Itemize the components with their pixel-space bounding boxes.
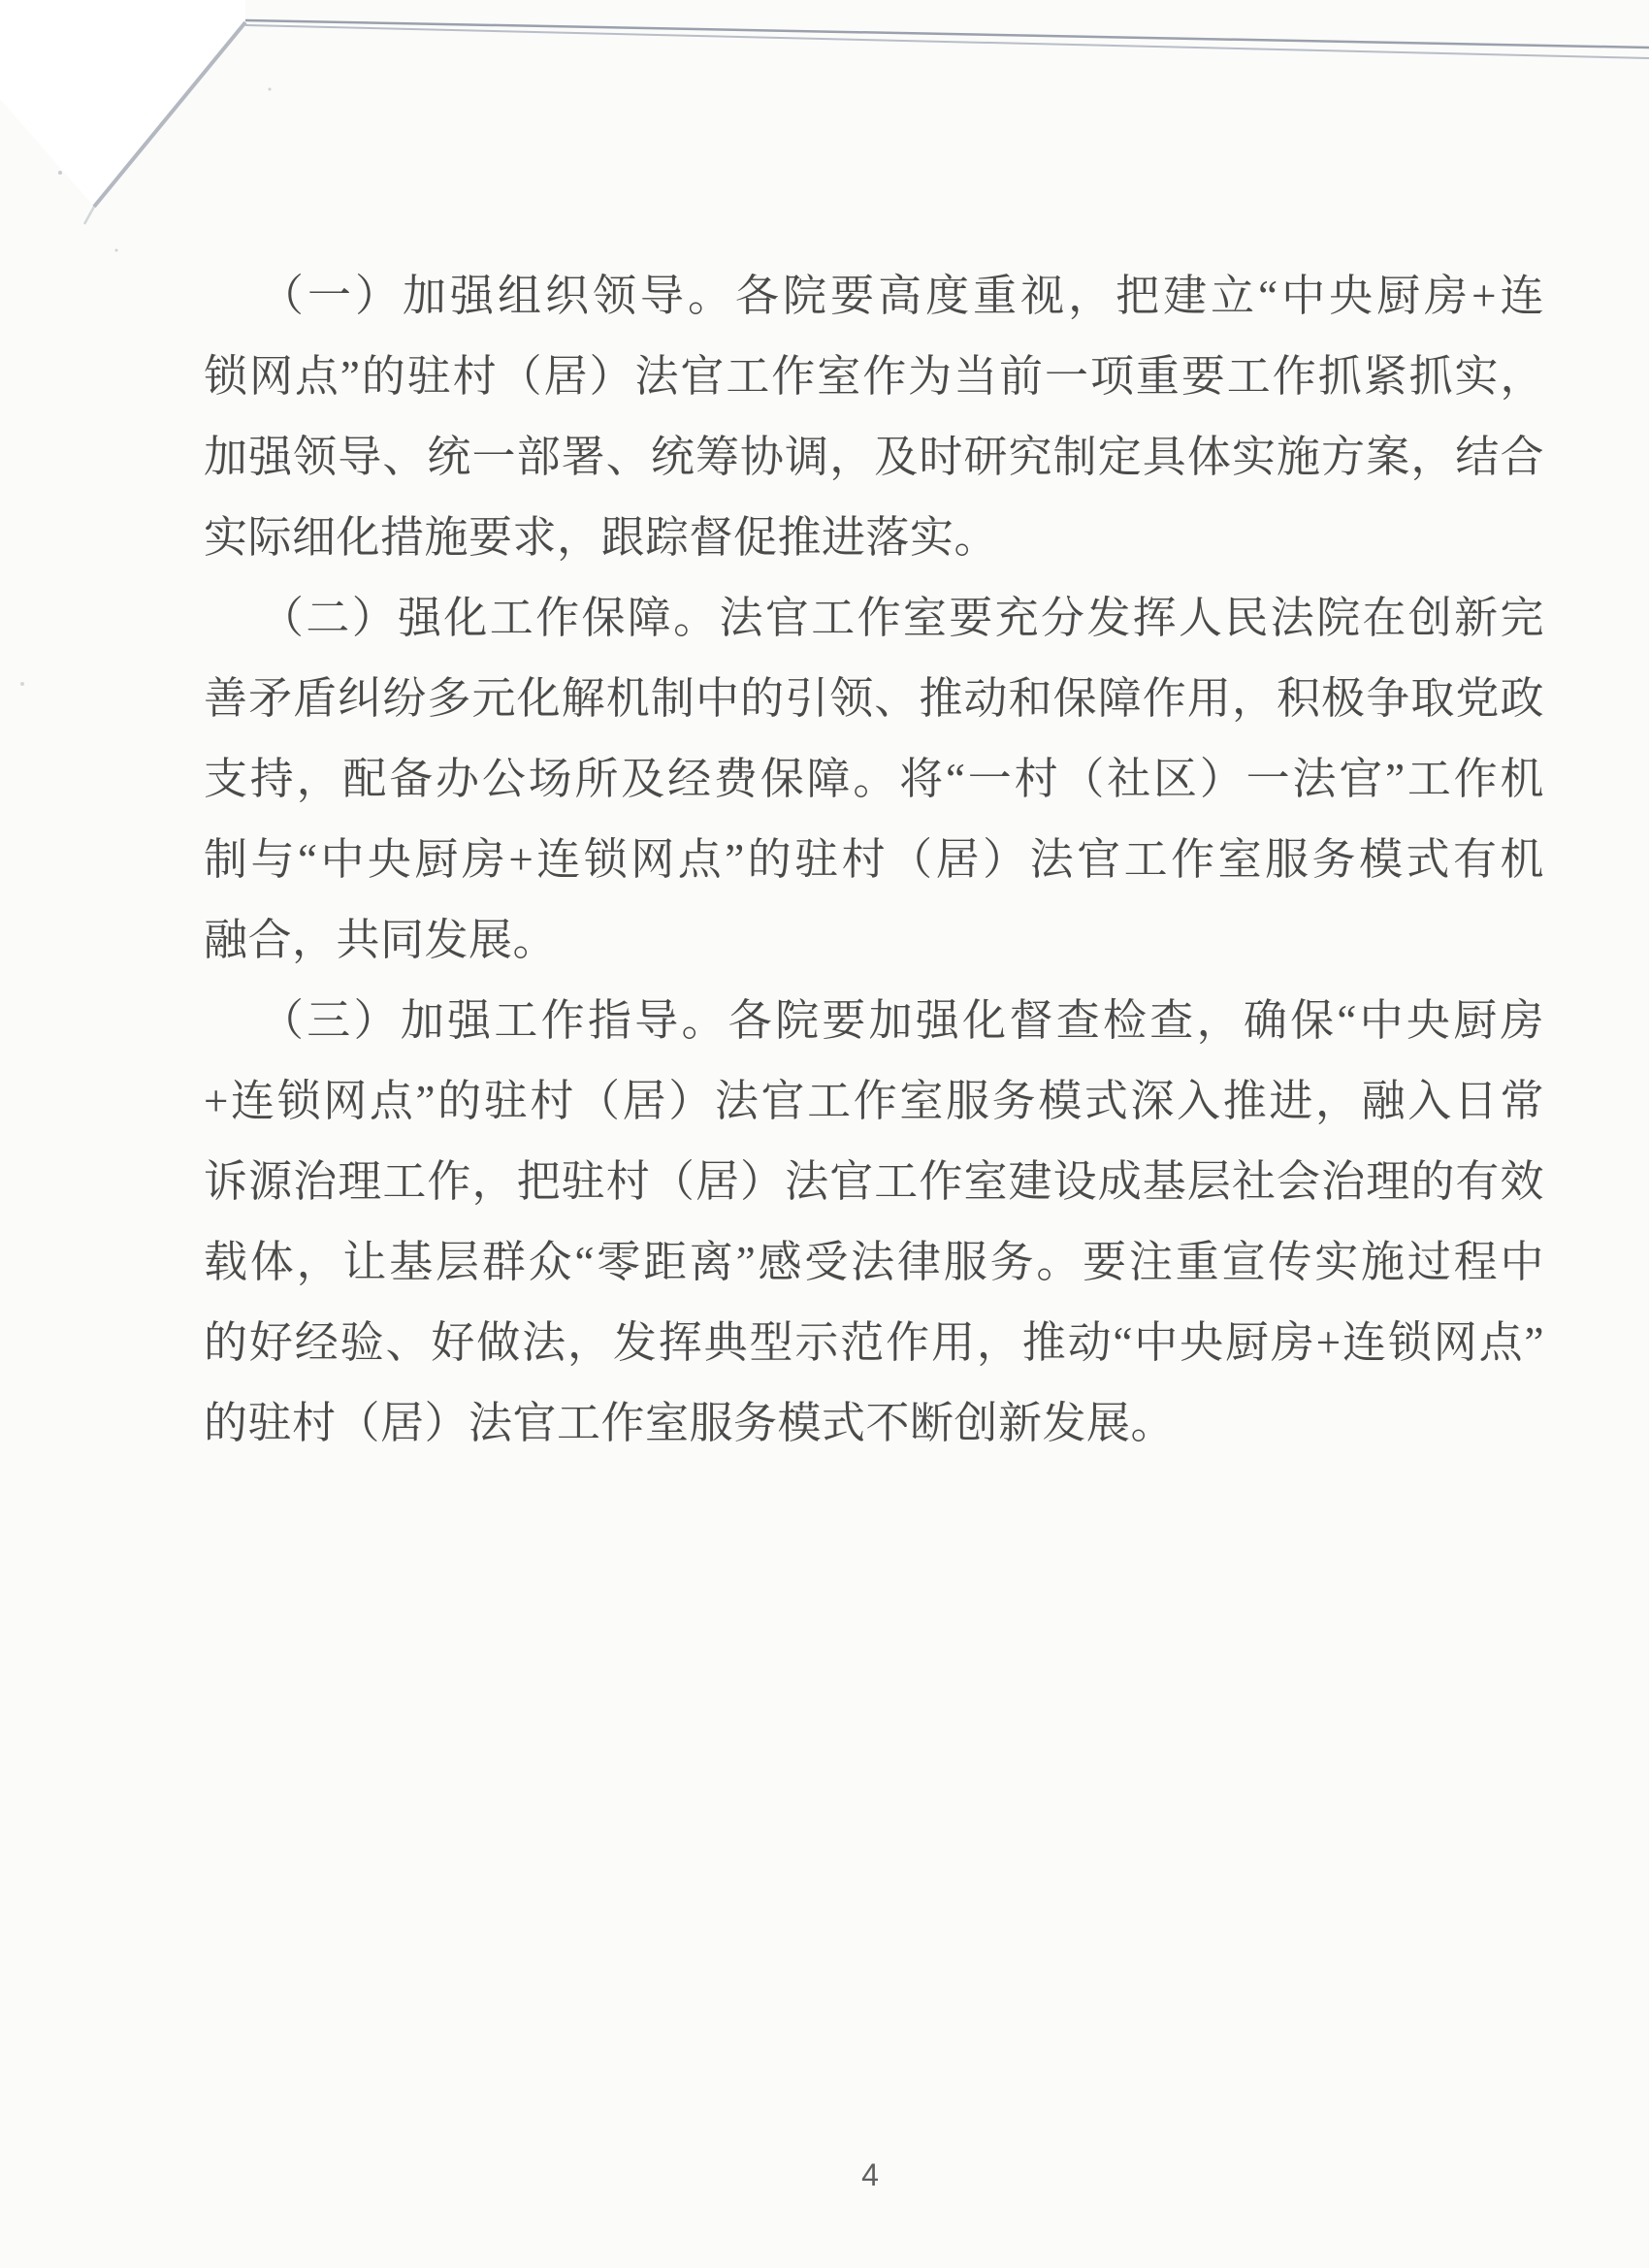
text-line: （二）强化工作保障。法官工作室要充分发挥人民法院在创新完	[204, 578, 1544, 659]
document-body: （一）加强组织领导。各院要高度重视，把建立“中央厨房+连锁网点”的驻村（居）法官…	[204, 256, 1544, 1464]
text-line: 制与“中央厨房+连锁网点”的驻村（居）法官工作室服务模式有机	[204, 820, 1544, 900]
paragraph-3: （三）加强工作指导。各院要加强化督查检查，确保“中央厨房+连锁网点”的驻村（居）…	[204, 981, 1544, 1464]
text-line: 的好经验、好做法，发挥典型示范作用，推动“中央厨房+连锁网点”	[204, 1303, 1544, 1383]
dust-speck	[58, 171, 62, 175]
text-line: 诉源治理工作，把驻村（居）法官工作室建设成基层社会治理的有效	[204, 1142, 1544, 1222]
scan-diagonal-line	[94, 22, 245, 207]
text-line: +连锁网点”的驻村（居）法官工作室服务模式深入推进，融入日常	[204, 1061, 1544, 1142]
text-line: 加强领导、统一部署、统筹协调，及时研究制定具体实施方案，结合	[204, 417, 1544, 498]
text-line: 的驻村（居）法官工作室服务模式不断创新发展。	[204, 1383, 1544, 1464]
text-line: 融合，共同发展。	[204, 900, 1544, 981]
scan-edge-line-bottom	[245, 25, 1649, 58]
dust-speck	[115, 249, 118, 252]
scanned-document-page: （一）加强组织领导。各院要高度重视，把建立“中央厨房+连锁网点”的驻村（居）法官…	[0, 0, 1649, 2268]
scan-edge-line-top	[245, 20, 1649, 48]
page-corner-wedge	[0, 0, 245, 207]
text-line: 载体，让基层群众“零距离”感受法律服务。要注重宣传实施过程中	[204, 1222, 1544, 1303]
text-line: 善矛盾纠纷多元化解机制中的引领、推动和保障作用，积极争取党政	[204, 659, 1544, 739]
text-line: （一）加强组织领导。各院要高度重视，把建立“中央厨房+连	[204, 256, 1544, 337]
text-line: 锁网点”的驻村（居）法官工作室作为当前一项重要工作抓紧抓实，	[204, 337, 1544, 417]
scan-diagonal-line-tail	[84, 207, 94, 224]
dust-speck	[20, 682, 24, 686]
text-line: （三）加强工作指导。各院要加强化督查检查，确保“中央厨房	[204, 981, 1544, 1061]
paragraph-1: （一）加强组织领导。各院要高度重视，把建立“中央厨房+连锁网点”的驻村（居）法官…	[204, 256, 1544, 578]
text-line: 支持，配备办公场所及经费保障。将“一村（社区）一法官”工作机	[204, 739, 1544, 820]
dust-speck	[269, 88, 272, 91]
text-line: 实际细化措施要求，跟踪督促推进落实。	[204, 498, 1544, 578]
page-number: 4	[846, 2157, 894, 2193]
paragraph-2: （二）强化工作保障。法官工作室要充分发挥人民法院在创新完善矛盾纠纷多元化解机制中…	[204, 578, 1544, 981]
